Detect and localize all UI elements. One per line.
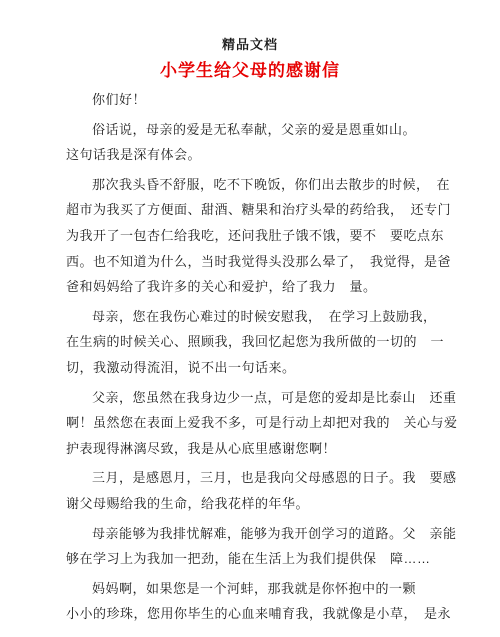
- body-line: 啊！虽然您在表面上爱我不多，可是行动上却把对我的 关心与爱: [66, 410, 444, 436]
- doc-header-label: 精品文档: [0, 36, 500, 54]
- body-line: 小小的珍珠，您用你毕生的心血来哺育我，我就像是小草， 是永: [66, 601, 444, 627]
- body-line: 这句话我是深有体会。: [66, 142, 444, 168]
- doc-title: 小学生给父母的感谢信: [0, 59, 500, 83]
- body-line: 够在学习上为我加一把劲，能在生活上为我们提供保 障……: [66, 546, 444, 572]
- body-line: 父亲，您虽然在我身边少一点，可是您的爱却是比泰山 还重: [66, 385, 444, 411]
- body-line: 超市为我买了方便面、甜酒、糖果和治疗头晕的药给我， 还专门: [66, 197, 444, 223]
- body-line: 母亲能够为我排忧解难，能够为我开创学习的道路。父 亲能: [66, 521, 444, 547]
- body-line: 护表现得淋漓尽致，我是从心底里感谢您啊！: [66, 436, 444, 462]
- body-line: 在生病的时候关心、照顾我，我回忆起您为我所做的一切的 一: [66, 329, 444, 355]
- document-page: 精品文档 小学生给父母的感谢信 你们好！俗话说，母亲的爱是无私奉献，父亲的爱是恩…: [0, 0, 500, 637]
- body-line: 俗话说，母亲的爱是无私奉献，父亲的爱是恩重如山。: [66, 117, 444, 143]
- body-line: 爸和妈妈给了我许多的关心和爱护，给了我力 量。: [66, 274, 444, 300]
- body-line: 妈妈啊，如果您是一个河蚌，那我就是你怀抱中的一颗: [66, 576, 444, 602]
- body-line: 谢父母赐给我的生命，给我花样的年华。: [66, 491, 444, 517]
- doc-body: 你们好！俗话说，母亲的爱是无私奉献，父亲的爱是恩重如山。这句话我是深有体会。那次…: [0, 87, 500, 627]
- body-line: 为我开了一包杏仁给我吃，还问我肚子饿不饿，要不 要吃点东: [66, 223, 444, 249]
- body-line: 母亲，您在我伤心难过的时候安慰我， 在学习上鼓励我，: [66, 304, 444, 330]
- body-line: 切，我激动得流泪，说不出一句话来。: [66, 355, 444, 381]
- body-line: 西。也不知道为什么，当时我觉得头没那么晕了， 我觉得，是爸: [66, 249, 444, 275]
- body-line: 那次我头昏不舒服，吃不下晚饭，你们出去散步的时候， 在: [66, 172, 444, 198]
- body-line: 你们好！: [66, 87, 444, 113]
- body-line: 三月，是感恩月，三月，也是我向父母感恩的日子。我 要感: [66, 465, 444, 491]
